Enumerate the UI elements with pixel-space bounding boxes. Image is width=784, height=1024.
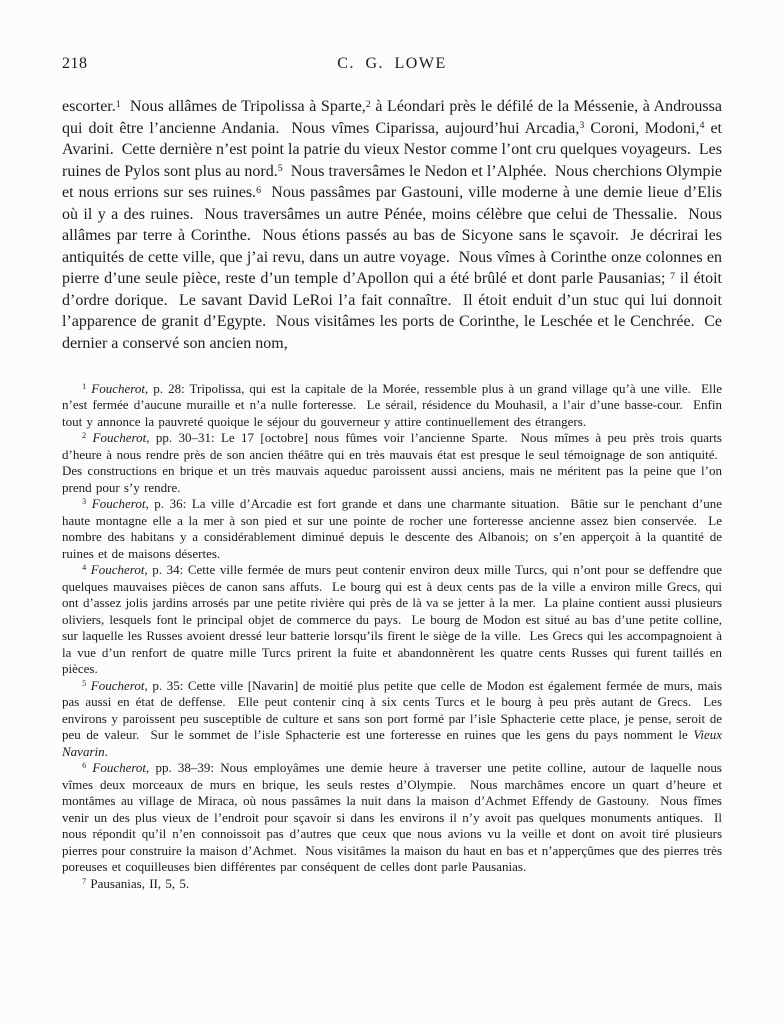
footnote-marker: 2 [82,431,86,440]
footnote-marker: 7 [82,877,86,886]
footnote: 3 Foucherot, p. 36: La ville d’Arcadie e… [62,496,722,562]
footnote-marker: 4 [82,563,86,572]
footnote-marker: 5 [82,679,86,688]
footnote: 5 Foucherot, p. 35: Cette ville [Navarin… [62,678,722,761]
page-content: 218 C. G. LOWE escorter.1 Nous allâmes d… [62,54,722,892]
running-header: 218 C. G. LOWE [62,54,722,74]
footnote: 4 Foucherot, p. 34: Cette ville fermée d… [62,562,722,678]
footnote-marker: 5 [278,163,283,174]
footnotes: 1 Foucherot, p. 28: Tripolissa, qui est … [62,381,722,893]
footnote: 7 Pausanias, II, 5, 5. [62,876,722,893]
body-paragraph: escorter.1 Nous allâmes de Tripolissa à … [62,96,722,355]
footnote-marker: 3 [82,497,86,506]
footnote-marker: 4 [699,120,704,131]
scanned-page: 218 C. G. LOWE escorter.1 Nous allâmes d… [0,0,784,1024]
footnote-marker: 2 [366,99,371,110]
footnote: 1 Foucherot, p. 28: Tripolissa, qui est … [62,381,722,431]
footnote-marker: 1 [116,99,121,110]
footnote-marker: 3 [579,120,584,131]
footnote: 6 Foucherot, pp. 38–39: Nous employâmes … [62,760,722,876]
footnote-marker: 7 [670,271,675,282]
running-head-title: C. G. LOWE [62,54,722,74]
footnote: 2 Foucherot, pp. 30–31: Le 17 [octobre] … [62,430,722,496]
footnote-marker: 6 [256,185,261,196]
footnote-marker: 6 [82,761,86,770]
footnote-marker: 1 [82,382,86,391]
